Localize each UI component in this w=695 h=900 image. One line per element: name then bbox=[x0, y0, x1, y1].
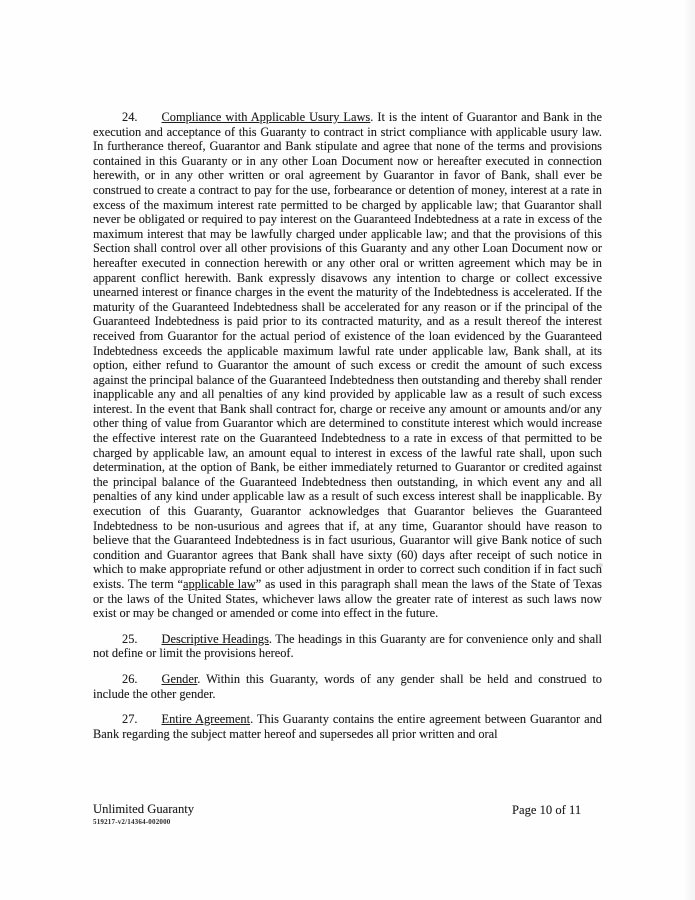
section-number: 26. bbox=[122, 672, 138, 686]
paragraph-25-descriptive-headings: 25.Descriptive Headings. The headings in… bbox=[93, 632, 602, 661]
section-number: 27. bbox=[122, 712, 138, 726]
section-heading: Compliance with Applicable Usury Laws bbox=[162, 110, 371, 124]
paragraph-24-compliance-usury: 24.Compliance with Applicable Usury Laws… bbox=[93, 110, 602, 621]
footer-page-number: Page 10 of 11 bbox=[512, 803, 581, 817]
paragraph-27-entire-agreement: 27.Entire Agreement. This Guaranty conta… bbox=[93, 712, 602, 741]
footer-document-code: 519217-v2/14364-002000 bbox=[93, 818, 171, 826]
section-body-text: . It is the intent of Guarantor and Bank… bbox=[93, 110, 602, 591]
footer-document-title: Unlimited Guaranty bbox=[93, 802, 194, 816]
document-page: 24.Compliance with Applicable Usury Laws… bbox=[0, 0, 695, 900]
section-heading: Gender bbox=[162, 672, 198, 686]
section-heading: Descriptive Headings bbox=[162, 632, 269, 646]
section-number: 25. bbox=[122, 632, 138, 646]
scan-edge-shadow bbox=[683, 0, 695, 900]
section-heading: Entire Agreement bbox=[162, 712, 251, 726]
section-number: 24. bbox=[122, 110, 138, 124]
paragraph-26-gender: 26.Gender. Within this Guaranty, words o… bbox=[93, 672, 602, 701]
underlined-term-applicable-law: applicable law bbox=[183, 577, 256, 591]
document-body: 24.Compliance with Applicable Usury Laws… bbox=[93, 110, 602, 752]
